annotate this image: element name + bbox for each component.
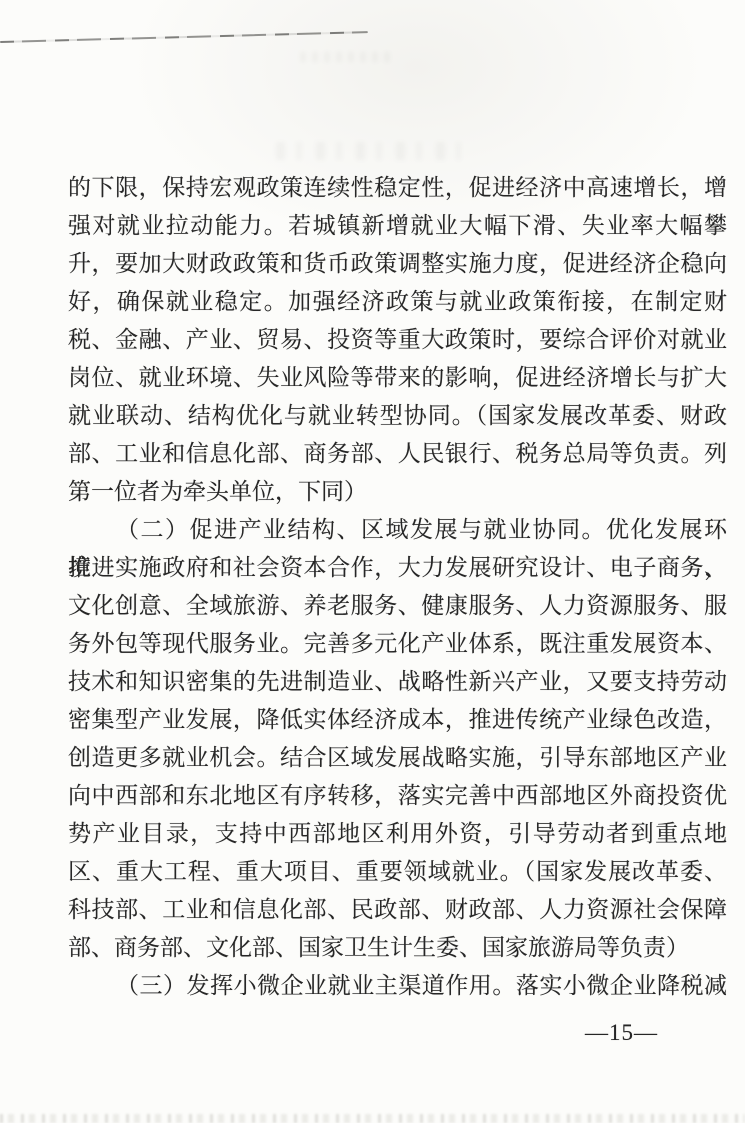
text-line: 的下限，保持宏观政策连续性稳定性，促进经济中高速增长，增 bbox=[68, 169, 727, 207]
text-line: 文化创意、全域旅游、养老服务、健康服务、人力资源服务、服 bbox=[68, 587, 727, 625]
text-line: 向中西部和东北地区有序转移，落实完善中西部地区外商投资优 bbox=[68, 777, 727, 815]
text-line: 科技部、工业和信息化部、民政部、财政部、人力资源社会保障 bbox=[68, 891, 727, 929]
text-line: 升，要加大财政政策和货币政策调整实施力度，促进经济企稳向 bbox=[68, 245, 727, 283]
text-line: 技术和知识密集的先进制造业、战略性新兴产业，又要支持劳动 bbox=[68, 663, 727, 701]
text-line: 区、重大工程、重大项目、重要领域就业。（国家发展改革委、 bbox=[68, 853, 727, 891]
text-line: 势产业目录，支持中西部地区利用外资，引导劳动者到重点地 bbox=[68, 815, 727, 853]
text-line: 强对就业拉动能力。若城镇新增就业大幅下滑、失业率大幅攀 bbox=[68, 207, 727, 245]
text-line: 务外包等现代服务业。完善多元化产业体系，既注重发展资本、 bbox=[68, 625, 727, 663]
document-body: 的下限，保持宏观政策连续性稳定性，促进经济中高速增长，增 强对就业拉动能力。若城… bbox=[68, 169, 727, 1005]
text-line: 好，确保就业稳定。加强经济政策与就业政策衔接，在制定财 bbox=[68, 283, 727, 321]
text-line: 创造更多就业机会。结合区域发展战略实施，引导东部地区产业 bbox=[68, 739, 727, 777]
text-line: 就业联动、结构优化与就业转型协同。（国家发展改革委、财政 bbox=[68, 397, 727, 435]
text-line paragraph-start: （二）促进产业结构、区域发展与就业协同。优化发展环境， bbox=[68, 511, 727, 549]
page-number: —15— bbox=[585, 1019, 658, 1047]
text-line: 第一位者为牵头单位，下同） bbox=[68, 473, 727, 511]
text-line: 税、金融、产业、贸易、投资等重大政策时，要综合评价对就业 bbox=[68, 321, 727, 359]
scan-noise-band bbox=[0, 1114, 745, 1123]
text-line: 部、工业和信息化部、商务部、人民银行、税务总局等负责。列 bbox=[68, 435, 727, 473]
scanned-page: 的下限，保持宏观政策连续性稳定性，促进经济中高速增长，增 强对就业拉动能力。若城… bbox=[0, 0, 745, 1123]
text-line: 推进实施政府和社会资本合作，大力发展研究设计、电子商务、 bbox=[68, 549, 727, 587]
text-line paragraph-start: （三）发挥小微企业就业主渠道作用。落实小微企业降税减 bbox=[68, 967, 727, 1005]
scan-artifact-line bbox=[0, 31, 368, 43]
text-line: 岗位、就业环境、失业风险等带来的影响，促进经济增长与扩大 bbox=[68, 359, 727, 397]
ink-bleed-smudge bbox=[276, 142, 461, 160]
text-line: 密集型产业发展，降低实体经济成本，推进传统产业绿色改造， bbox=[68, 701, 727, 739]
text-line: 部、商务部、文化部、国家卫生计生委、国家旅游局等负责） bbox=[68, 929, 727, 967]
ink-bleed-smudge bbox=[300, 52, 395, 62]
